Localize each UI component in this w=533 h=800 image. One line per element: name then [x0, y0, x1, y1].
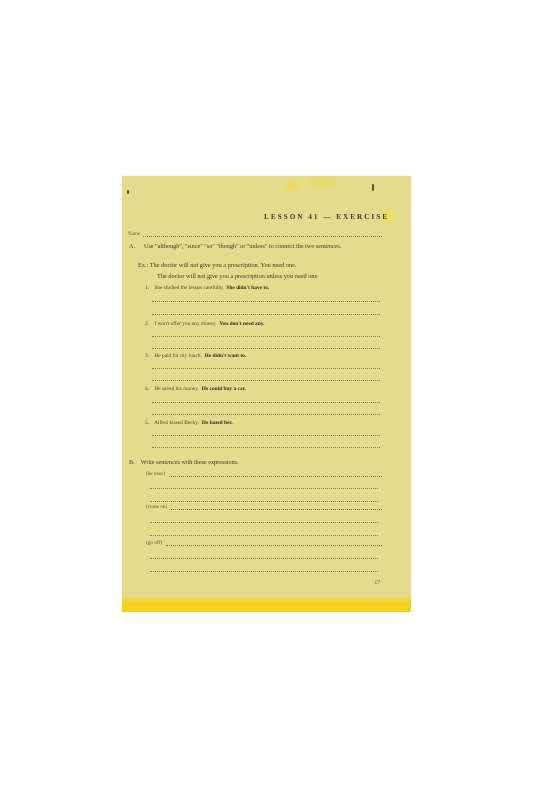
- exercise-item-4: 4. He saved his money. He could buy a ca…: [145, 386, 381, 392]
- exercise-item-2: 2. I won't offer you any money. You don'…: [145, 321, 381, 327]
- answer-line[interactable]: [150, 488, 378, 489]
- name-field[interactable]: Name: [128, 232, 382, 237]
- exercise-item-1: 1. She studied the lesson carefully. She…: [145, 285, 381, 291]
- exercise-item-5: 5. Alfred kissed Becky. He hated her.: [145, 420, 381, 426]
- answer-line[interactable]: [150, 501, 378, 502]
- answer-line[interactable]: [171, 505, 382, 510]
- name-line[interactable]: [143, 232, 382, 237]
- answer-line[interactable]: [152, 435, 380, 436]
- example-label: Ex.:: [138, 262, 148, 269]
- answer-line[interactable]: [169, 472, 382, 477]
- answer-line[interactable]: [152, 301, 380, 302]
- answer-line[interactable]: [150, 571, 378, 572]
- example-text: The doctor will not give you a prescript…: [150, 262, 297, 269]
- answer-line[interactable]: [152, 336, 380, 337]
- answer-line[interactable]: [152, 447, 380, 448]
- section-a-letter: A.: [129, 244, 135, 251]
- section-b-instruction: B. Write sentences with these expression…: [129, 459, 239, 466]
- name-label: Name: [128, 232, 140, 237]
- answer-line[interactable]: [152, 414, 380, 415]
- ink-mark: [372, 184, 374, 191]
- worksheet-page: LESSON 41 — EXERCISE Name A. Use "althou…: [122, 176, 411, 612]
- answer-line[interactable]: [152, 348, 380, 349]
- answer-line[interactable]: [166, 541, 382, 546]
- section-a-instruction: A. Use "although", "since" "so" "though"…: [129, 244, 389, 251]
- lesson-title: LESSON 41 — EXERCISE: [264, 213, 389, 221]
- example-answer: The doctor will not give you a prescript…: [157, 273, 317, 280]
- answer-line[interactable]: [150, 535, 378, 536]
- answer-line[interactable]: [150, 558, 378, 559]
- expression-go-off: (go off): [146, 540, 382, 546]
- example-sentence: Ex.: The doctor will not give you a pres…: [138, 262, 297, 269]
- answer-line[interactable]: [152, 314, 380, 315]
- expression-come-on: (come on): [146, 504, 382, 510]
- answer-line[interactable]: [152, 402, 380, 403]
- answer-line[interactable]: [150, 522, 378, 523]
- expression-be-over: (be over): [146, 471, 382, 477]
- section-a-text: Use "although", "since" "so" "though" or…: [144, 244, 389, 251]
- section-b-letter: B.: [129, 459, 135, 466]
- section-b-text: Write sentences with these expressions.: [141, 459, 239, 466]
- ink-mark: [127, 190, 129, 194]
- answer-line[interactable]: [152, 380, 380, 381]
- page-number: 17: [375, 580, 381, 586]
- answer-line[interactable]: [152, 368, 380, 369]
- exercise-item-3: 3. He paid for my lunch. He didn't want …: [145, 353, 381, 359]
